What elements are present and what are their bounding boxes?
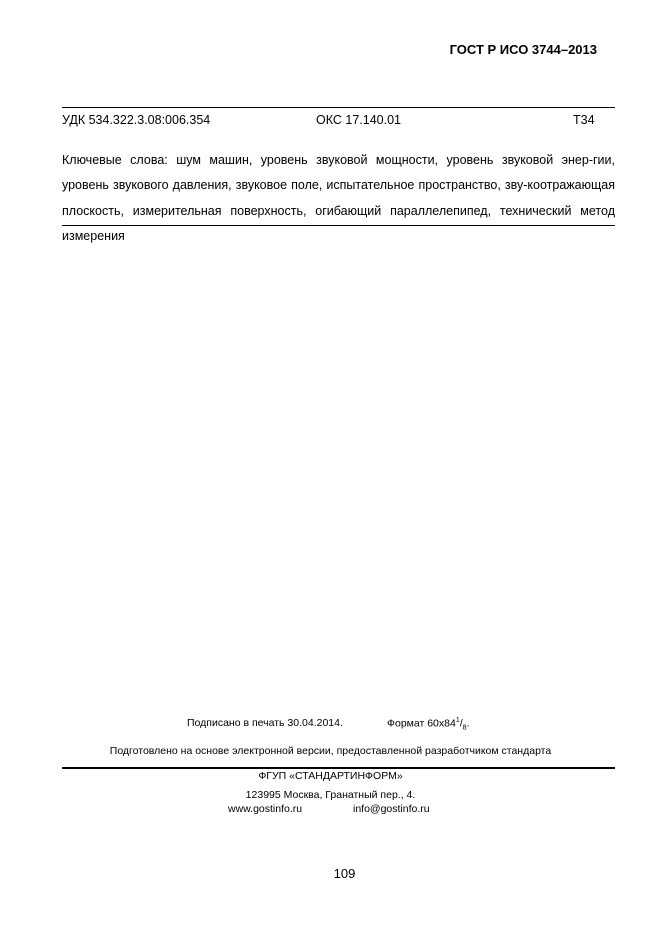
publisher-name: ФГУП «СТАНДАРТИНФОРМ» xyxy=(0,770,661,782)
format-text: Формат 60х84 xyxy=(387,718,456,730)
website-link[interactable]: www.gostinfo.ru xyxy=(228,803,302,815)
keywords-divider xyxy=(62,225,615,226)
keywords-paragraph: Ключевые слова: шум машин, уровень звуко… xyxy=(62,122,615,250)
page-number: 109 xyxy=(0,866,661,881)
email-link[interactable]: info@gostinfo.ru xyxy=(353,803,430,815)
paper-format: Формат 60х841/8. xyxy=(387,717,469,732)
top-divider xyxy=(62,107,615,108)
imprint-divider xyxy=(62,767,615,769)
format-numerator: 1 xyxy=(456,717,460,724)
keywords-text: Ключевые слова: шум машин, уровень звуко… xyxy=(62,153,615,244)
format-suffix: . xyxy=(467,718,470,730)
signed-date: Подписано в печать 30.04.2014. xyxy=(187,717,343,729)
publisher-address: 123995 Москва, Гранатный пер., 4. xyxy=(0,789,661,801)
standard-code: ГОСТ Р ИСО 3744–2013 xyxy=(0,42,597,57)
prepared-note: Подготовлено на основе электронной верси… xyxy=(0,745,661,757)
